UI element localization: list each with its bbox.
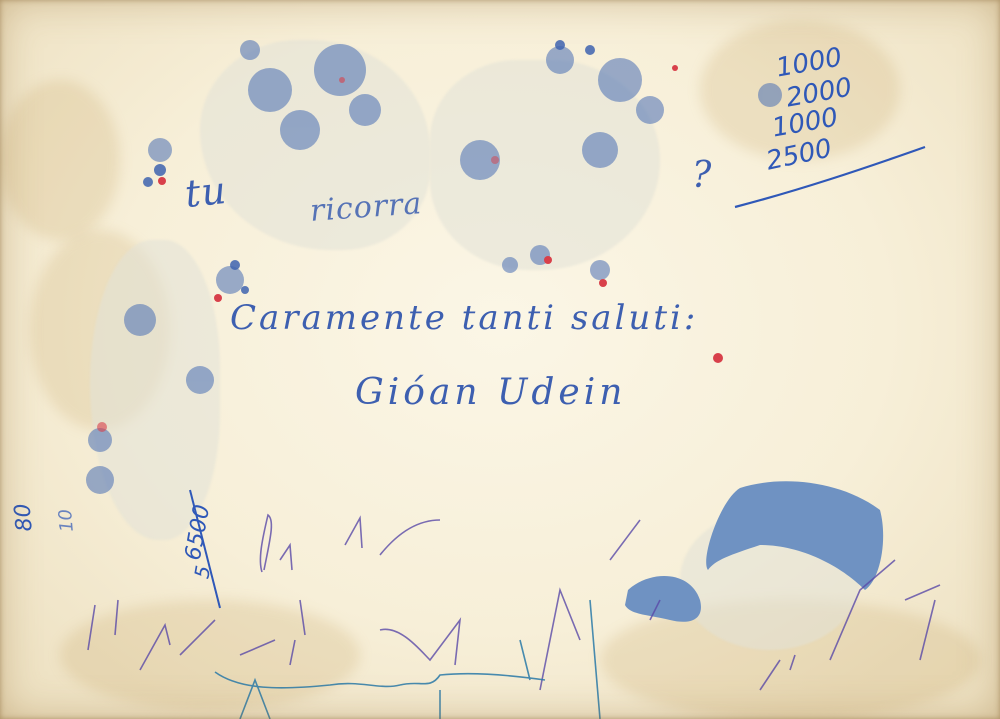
decorations	[0, 0, 1000, 719]
figure: 80	[10, 502, 37, 532]
floral-print	[86, 40, 782, 494]
signature: Gióan Udein	[355, 372, 626, 413]
card-back: tu ricorra ? Caramente tanti saluti: Gió…	[0, 0, 1000, 719]
handwritten-word: tu	[183, 168, 229, 216]
question-mark: ?	[692, 155, 712, 196]
torn-blue-paper	[706, 481, 883, 590]
greeting-text: Caramente tanti saluti:	[230, 298, 698, 338]
torn-blue-paper	[625, 576, 701, 622]
pen-scribbles	[215, 600, 600, 719]
figure: 10	[55, 508, 78, 533]
